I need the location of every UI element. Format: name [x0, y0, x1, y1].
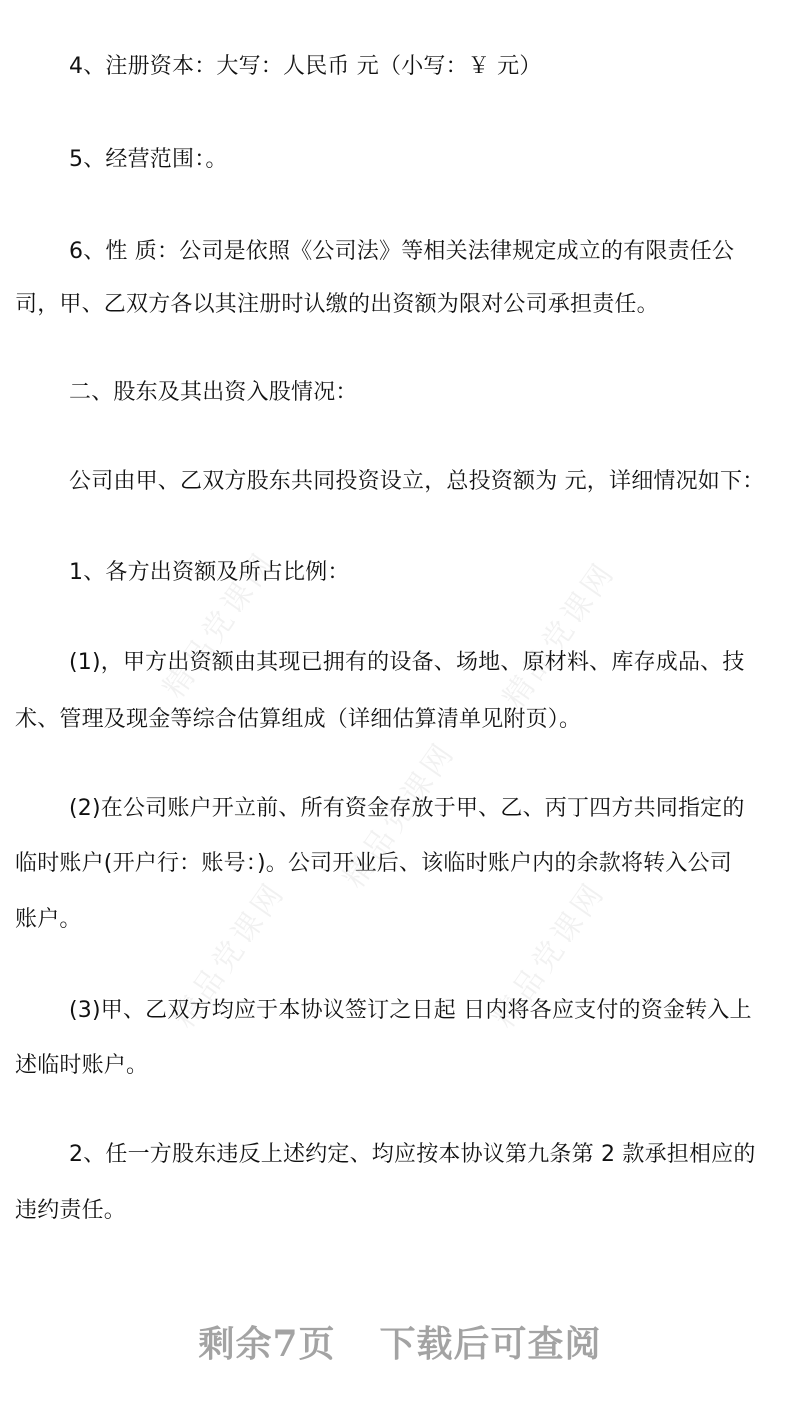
- document-line: (1)，甲方出资额由其现已拥有的设备、场地、原材料、库存成品、技: [0, 648, 800, 678]
- document-line: (2)在公司账户开立前、所有资金存放于甲、乙、丙丁四方共同指定的: [0, 794, 800, 824]
- document-line: 术、管理及现金等综合估算组成（详细估算清单见附页）。: [0, 705, 800, 735]
- document-line: 4、注册资本：大写：人民币 元（小写：￥ 元）: [0, 52, 800, 82]
- download-to-view-label: 下载后可查阅: [380, 1316, 602, 1367]
- document-line: 违约责任。: [0, 1196, 800, 1226]
- document-line: 二、股东及其出资入股情况：: [0, 378, 800, 408]
- document-line: 司，甲、乙双方各以其注册时认缴的出资额为限对公司承担责任。: [0, 290, 800, 320]
- document-line: (3)甲、乙双方均应于本协议签订之日起 日内将各应支付的资金转入上: [0, 996, 800, 1026]
- document-line: 5、经营范围：。: [0, 145, 800, 175]
- document-line: 账户。: [0, 905, 800, 935]
- document-line: 6、性 质：公司是依照《公司法》等相关法律规定成立的有限责任公: [0, 237, 800, 267]
- document-line: 公司由甲、乙双方股东共同投资设立，总投资额为 元，详细情况如下：: [0, 467, 800, 497]
- document-line: 述临时账户。: [0, 1051, 800, 1081]
- document-line: 2、任一方股东违反上述约定、均应按本协议第九条第 2 款承担相应的: [0, 1140, 800, 1170]
- remaining-pages-label: 剩余7页: [198, 1316, 335, 1367]
- document-page: 精品党课网精品党课网精品党课网精品党课网精品党课网 4、注册资本：大写：人民币 …: [0, 0, 800, 1419]
- document-line: 临时账户(开户行：账号：)。公司开业后、该临时账户内的余款将转入公司: [0, 849, 800, 879]
- document-line: 1、各方出资额及所占比例：: [0, 558, 800, 588]
- download-prompt[interactable]: 剩余7页下载后可查阅: [0, 1316, 800, 1367]
